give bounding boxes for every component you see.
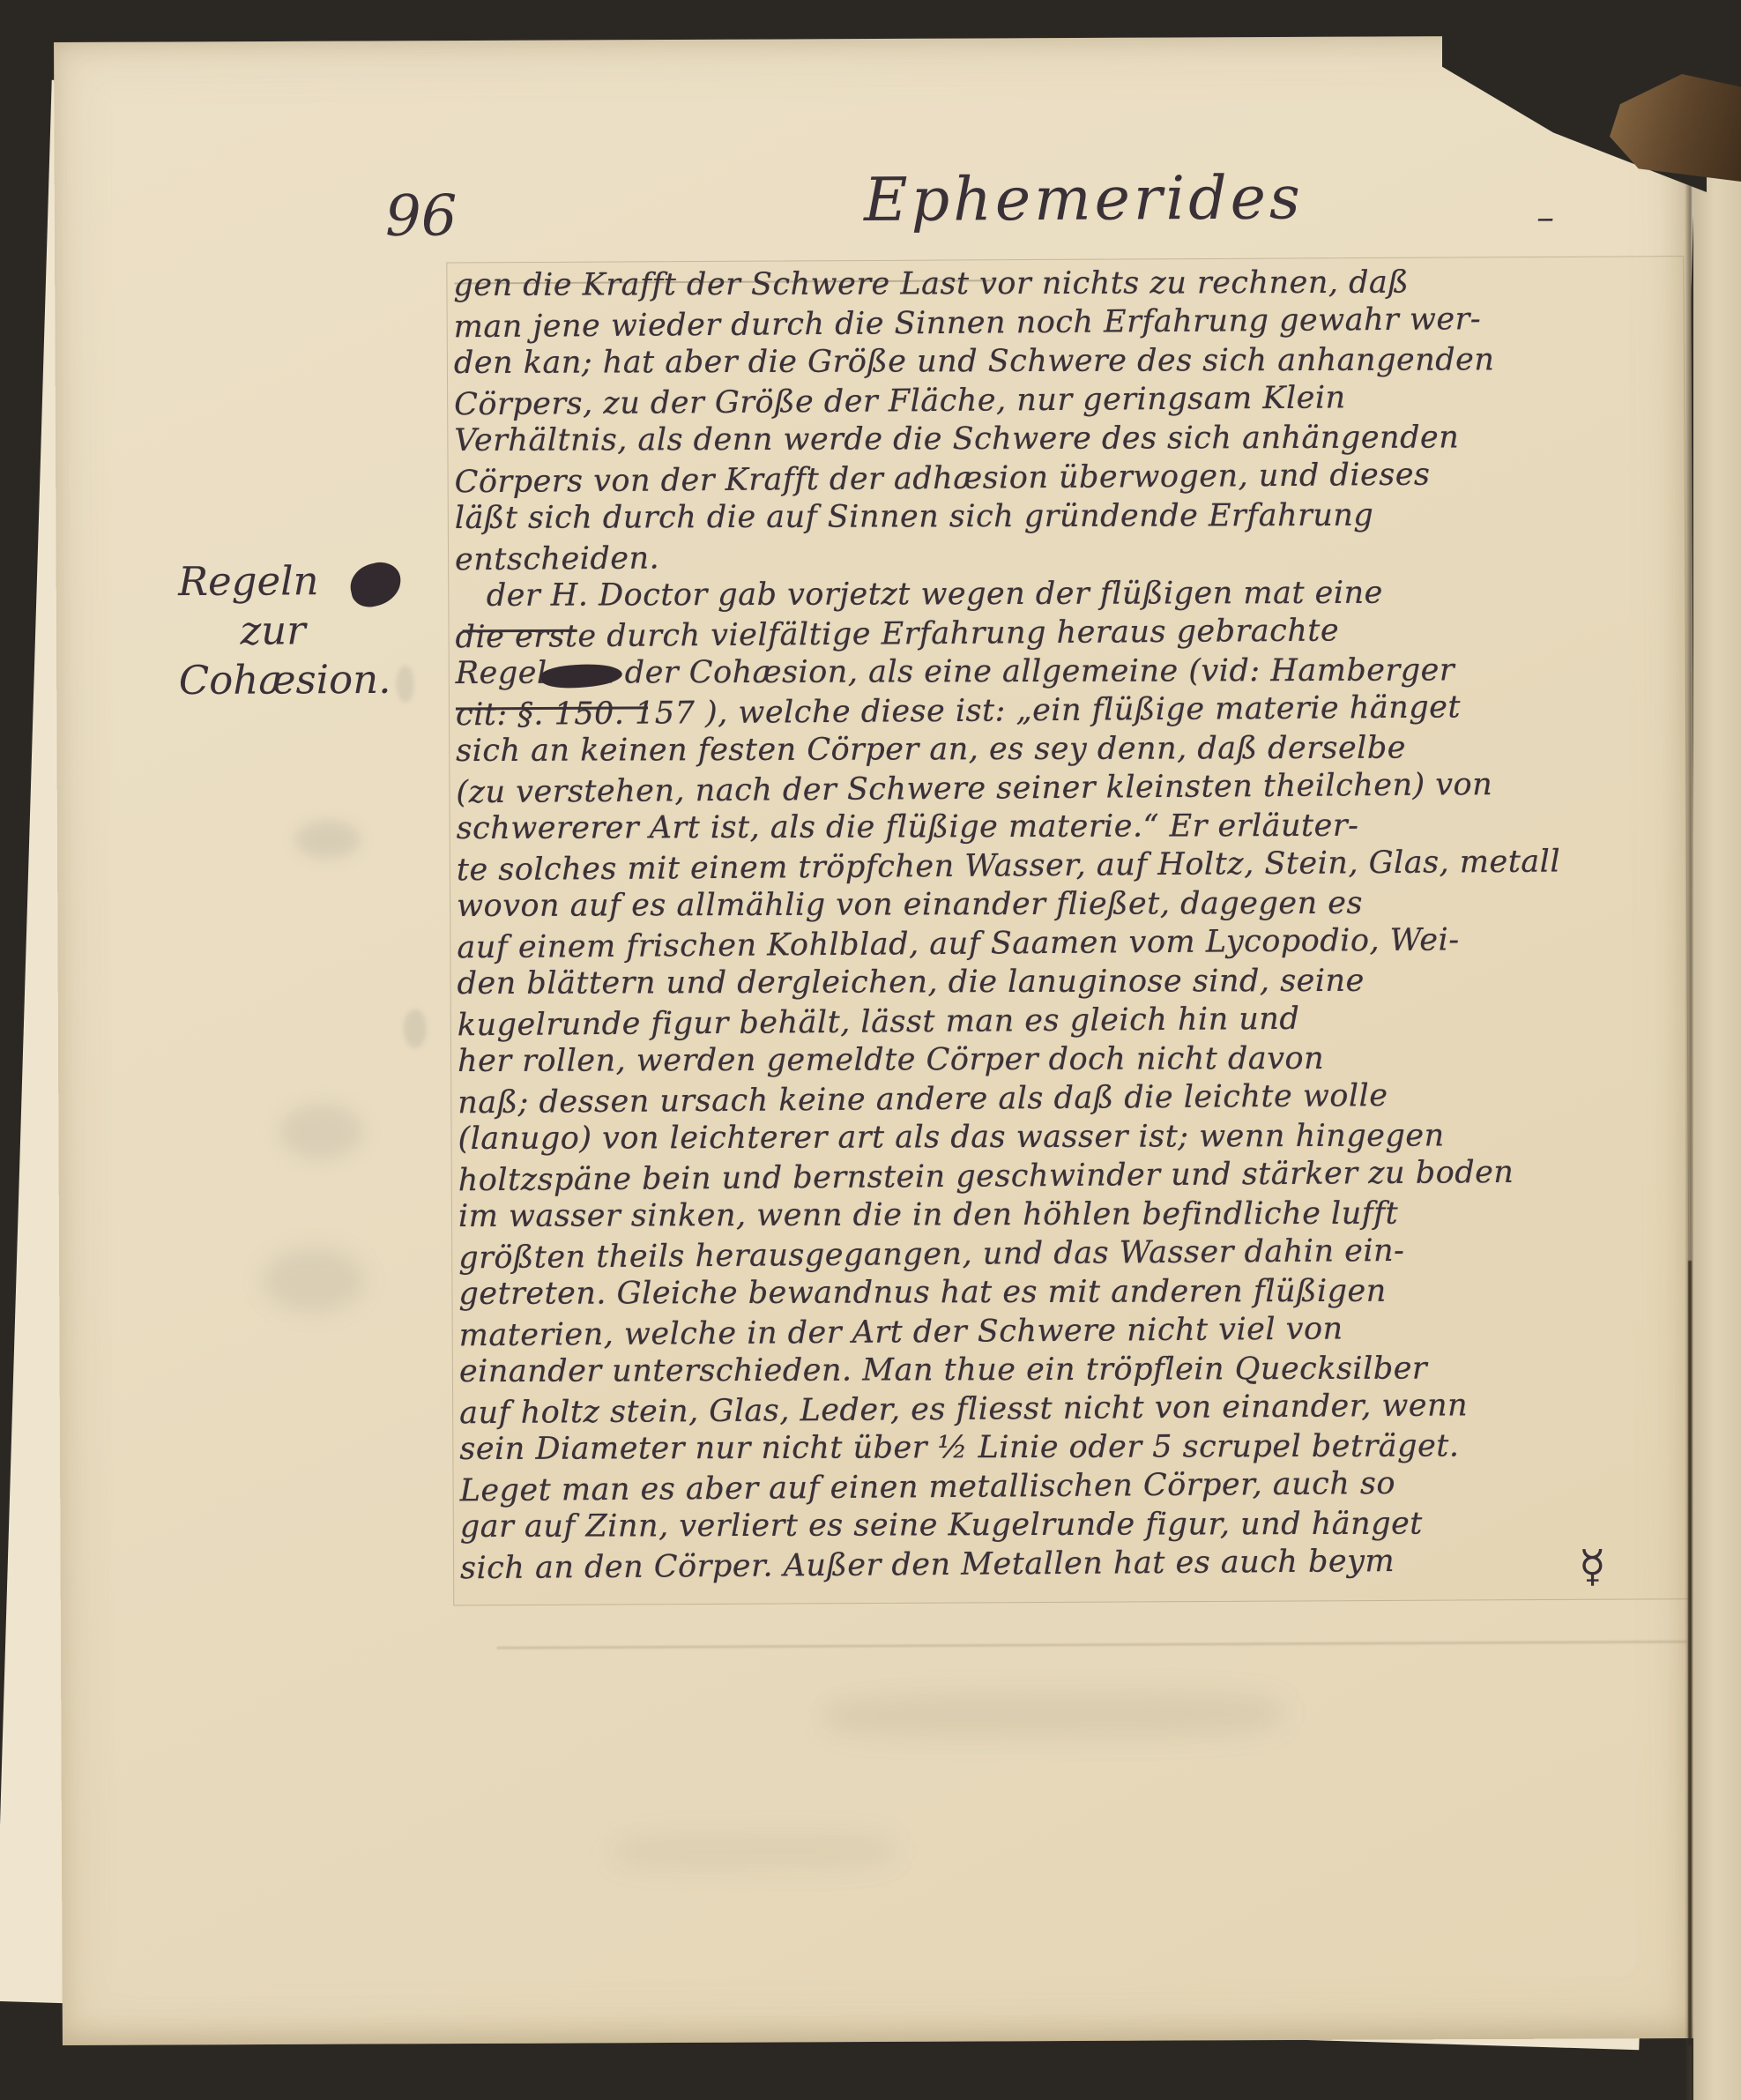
manuscript-line: läßt sich durch die auf Sinnen sich grün…	[455, 497, 1682, 540]
header-dash-mark: –	[1536, 197, 1554, 238]
manuscript-line: sein Diameter nur nicht über ½ Linie ode…	[459, 1428, 1686, 1471]
manuscript-line: gar auf Zinn, verliert es seine Kugelrun…	[460, 1506, 1687, 1548]
manuscript-line: auf einem frischen Kohlblad, auf Saamen …	[457, 920, 1684, 969]
manuscript-line: im wasser sinken, wenn die in den höhlen…	[458, 1195, 1685, 1238]
manuscript-line: gen die Krafft der Schwere Last vor nich…	[453, 264, 1680, 307]
margin-note-line: Cohæsion.	[179, 655, 399, 705]
page-number: 96	[385, 183, 458, 249]
fore-edge-strip	[1693, 169, 1741, 2100]
manuscript-line: den kan; hat aber die Größe und Schwere …	[454, 342, 1681, 384]
bleed-smudge	[613, 1832, 895, 1871]
manuscript-line: her rollen, werden gemeldte Cörper doch …	[458, 1040, 1685, 1083]
bleed-smudge	[279, 1103, 363, 1160]
manuscript-line: Cörpers von der Krafft der adhæsion über…	[454, 455, 1681, 503]
manuscript-line: sich an den Cörper. Außer den Metallen h…	[460, 1541, 1687, 1590]
manuscript-line: man jene wieder durch die Sinnen noch Er…	[454, 300, 1681, 348]
ink-layer: 96 Ephemerides – RegelnzurCohæsion. gen …	[0, 0, 1741, 2100]
catchword-symbol: ☿	[1579, 1541, 1606, 1592]
manuscript-line: entscheiden.	[455, 532, 1682, 581]
manuscript-line: materien, welche in der Art der Schwere …	[459, 1308, 1686, 1357]
manuscript-line: naß; dessen ursach keine andere als daß …	[458, 1076, 1685, 1124]
bleed-smudge	[295, 821, 361, 858]
page-seam-crack	[1688, 1261, 1692, 2045]
manuscript-line: Cörpers, zu der Größe der Fläche, nur ge…	[454, 377, 1681, 426]
manuscript-line: kugelrunde figur behält, lässt man es gl…	[458, 998, 1685, 1046]
manuscript-text: gen die Krafft der Schwere Last vor nich…	[453, 263, 1687, 1588]
manuscript-line: auf holtz stein, Glas, Leder, es fliesst…	[459, 1386, 1686, 1434]
manuscript-line: wovon auf es allmählig von einander flie…	[457, 885, 1684, 927]
manuscript-line: den blättern und dergleichen, die lanugi…	[458, 963, 1685, 1005]
manuscript-line: die erste durch vielfältige Erfahrung he…	[455, 610, 1682, 659]
manuscript-line: cit: §. 150. 157 ), welche diese ist: „e…	[456, 688, 1683, 736]
manuscript-line: einander unterschieden. Man thue ein trö…	[459, 1351, 1686, 1393]
manuscript-line: sich an keinen festen Cörper an, es sey …	[456, 730, 1683, 772]
scan-background: 96 Ephemerides – RegelnzurCohæsion. gen …	[0, 0, 1741, 2100]
manuscript-line: (zu verstehen, nach der Schwere seiner k…	[456, 765, 1683, 814]
manuscript-line: Verhältnis, als denn werde die Schwere d…	[454, 420, 1681, 462]
manuscript-line: te solches mit einem tröpfchen Wasser, a…	[457, 843, 1684, 891]
paper-crease	[497, 1641, 1687, 1649]
manuscript-line: getreten. Gleiche bewandnus hat es mit a…	[458, 1273, 1685, 1315]
bleed-smudge	[397, 666, 414, 703]
manuscript-line: Regel von der Cohæsion, als eine allgeme…	[456, 652, 1683, 695]
margin-note-line: zur	[178, 606, 398, 656]
manuscript-line: holtzspäne bein und bernstein geschwinde…	[458, 1153, 1685, 1202]
bleed-smudge	[262, 1247, 366, 1314]
manuscript-line: größten theils herausgegangen, und das W…	[458, 1231, 1685, 1279]
running-title: Ephemerides	[864, 164, 1261, 235]
bleed-smudge	[823, 1691, 1282, 1739]
manuscript-line: schwererer Art ist, als die flüßige mate…	[457, 808, 1684, 850]
manuscript-line: der H. Doctor gab vorjetzt wegen der flü…	[455, 575, 1682, 617]
bleed-smudge	[404, 1009, 427, 1048]
manuscript-line: Leget man es aber auf einen metallischen…	[459, 1463, 1686, 1512]
manuscript-line: (lanugo) von leichterer art als das wass…	[458, 1118, 1685, 1160]
